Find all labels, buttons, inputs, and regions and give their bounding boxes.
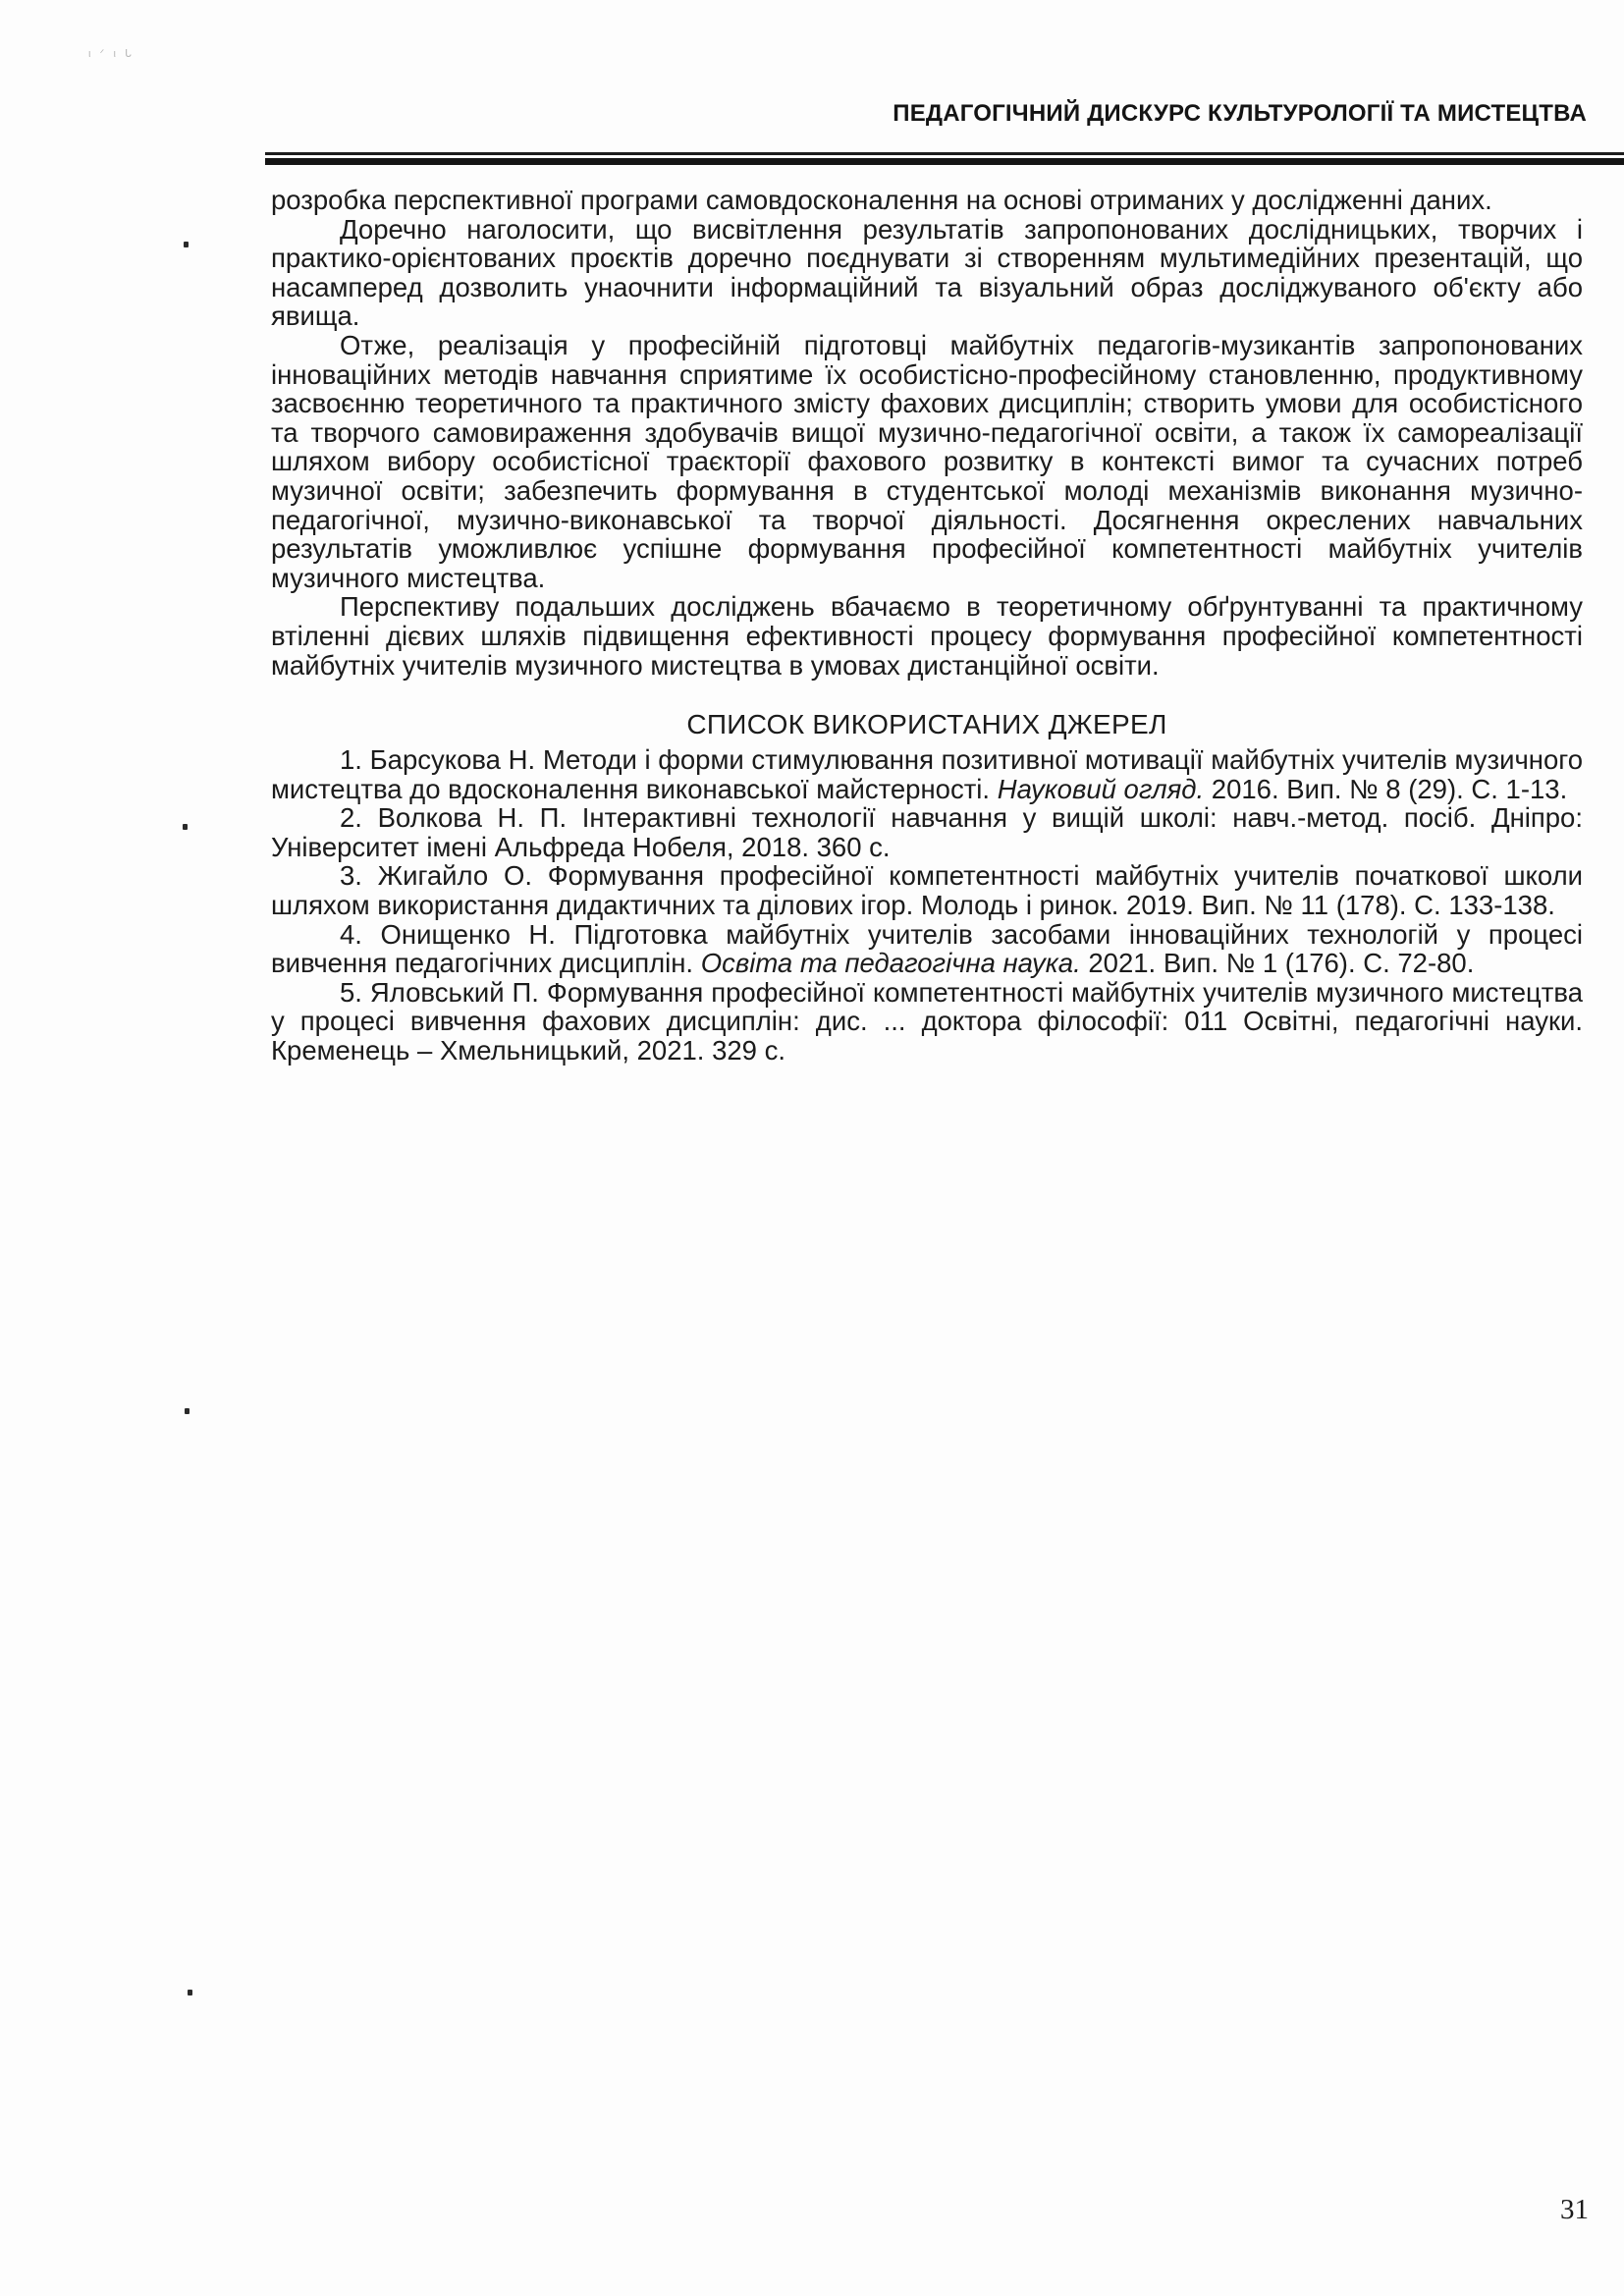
punch-hole-mark bbox=[183, 824, 188, 830]
paragraph: Перспективу подальших досліджень вбачаєм… bbox=[271, 592, 1583, 680]
reference-item: 5. Яловський П. Формування професійної к… bbox=[271, 978, 1583, 1066]
running-head: ПЕДАГОГІЧНИЙ ДИСКУРС КУЛЬТУРОЛОГІЇ ТА МИ… bbox=[893, 100, 1587, 128]
punch-hole-mark bbox=[184, 242, 189, 247]
body-text: розробка перспективної програми самовдос… bbox=[271, 186, 1583, 1066]
reference-details: 2016. Вип. № 8 (29). С. 1-13. bbox=[1204, 774, 1567, 804]
header-rule-thin bbox=[265, 152, 1624, 155]
punch-hole-mark bbox=[185, 1408, 189, 1414]
document-page: ι ᐟ ι ᒐ ПЕДАГОГІЧНИЙ ДИСКУРС КУЛЬТУРОЛОГ… bbox=[0, 0, 1624, 2296]
paragraph: Отже, реалізація у професійній підготовц… bbox=[271, 331, 1583, 592]
paragraph: розробка перспективної програми самовдос… bbox=[271, 186, 1583, 215]
reference-text: 5. Яловський П. Формування професійної к… bbox=[271, 977, 1583, 1066]
header-rule-thick bbox=[265, 158, 1624, 165]
reference-text: 2. Волкова Н. П. Інтерактивні технології… bbox=[271, 802, 1583, 862]
references-heading: СПИСОК ВИКОРИСТАНИХ ДЖЕРЕЛ bbox=[271, 710, 1583, 739]
paragraph: Доречно наголосити, що висвітлення резул… bbox=[271, 215, 1583, 331]
reference-list: 1. Барсукова Н. Методи і форми стимулюва… bbox=[271, 745, 1583, 1066]
reference-source: Освіта та педагогічна наука. bbox=[701, 948, 1081, 978]
punch-hole-mark bbox=[188, 1990, 192, 1995]
reference-source: Науковий огляд. bbox=[998, 774, 1204, 804]
reference-item: 1. Барсукова Н. Методи і форми стимулюва… bbox=[271, 745, 1583, 803]
reference-item: 3. Жигайло О. Формування професійної ком… bbox=[271, 861, 1583, 919]
page-number: 31 bbox=[1560, 2194, 1589, 2226]
reference-item: 2. Волкова Н. П. Інтерактивні технології… bbox=[271, 803, 1583, 861]
reference-item: 4. Онищенко Н. Підготовка майбутніх учит… bbox=[271, 920, 1583, 978]
scan-artifact: ι ᐟ ι ᒐ bbox=[88, 47, 132, 60]
reference-details: 2021. Вип. № 1 (176). С. 72-80. bbox=[1081, 948, 1475, 978]
reference-text: 3. Жигайло О. Формування професійної ком… bbox=[271, 860, 1583, 920]
